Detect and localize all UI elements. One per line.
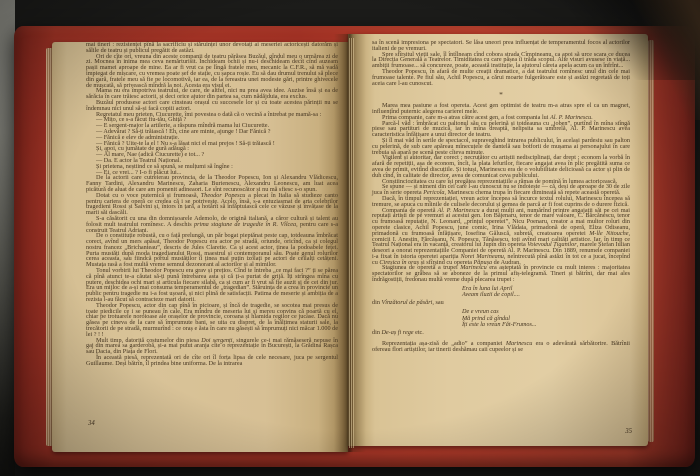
paragraph: Compania de operetă Al. P. Marinescu a d… [372,208,630,266]
paragraph: Dotat cu o voce puternică și frumoasă, T… [86,193,338,216]
book-gutter [334,34,366,452]
paragraph: Și îl mai văd în serile de spectacol, su… [372,138,630,155]
paragraph: S-a căsătorit cu una din domnișoarele Ad… [86,216,338,233]
paragraph: Stagiunea de operetă a trupei Marinescu … [372,265,630,282]
page-number-left: 34 [88,420,95,427]
paragraph: În această piesă, reprezentată ori de cî… [86,355,338,367]
paragraph: mai tineri : rezistenței pînă la sacrifi… [86,42,338,54]
background-wall-strip [0,0,15,476]
paragraph: Dacă, în timpul reprezentației, vreun ac… [372,196,630,208]
paragraph: Tonul vorbirii lui Theodor Popescu era g… [86,268,338,303]
section-separator: * [372,92,630,98]
verse-attribution: din Vînzătorul de păsări, sau [372,300,630,306]
paragraph: De o constituție robustă, cu o față prel… [86,233,338,268]
paragraph: Ori de cîte ori, vreuna din aceste compa… [86,54,338,89]
paragraph: Reprezentația așa-zisă de „adio” a compa… [372,341,630,353]
paragraph: Mult timp, datorită costumelor din piesa… [86,338,338,355]
verse-attribution: din De-aș fi rege etc. [372,330,630,336]
paragraph: Buzăul produsese actori care cinsteau or… [86,100,338,112]
page-number-right: 35 [610,428,632,435]
photo-background: mai tineri : rezistenței pînă la sacrifi… [0,0,700,476]
song-verse: Era în luna lui AprilAveam iluzii de cop… [462,286,630,299]
right-page-text: sa în scenă impresiona pe spectatori. Se… [372,40,630,353]
paragraph: De la actorii care cutreierau provincia,… [86,175,338,192]
paragraph: Vigilent și autoritar, dar corect ; necr… [372,155,630,178]
paragraph: Parcă-l văd : îmbrăcat cu paltonul său c… [372,121,630,138]
left-page-text: mai tineri : rezistenței pînă la sacrifi… [86,42,338,367]
paragraph: Theodor Popescu, actor din cap pînă în p… [86,303,338,338]
background-corner-object [630,0,700,120]
song-verse: De e vreun casMă prind că gîndulÎți este… [462,309,630,328]
